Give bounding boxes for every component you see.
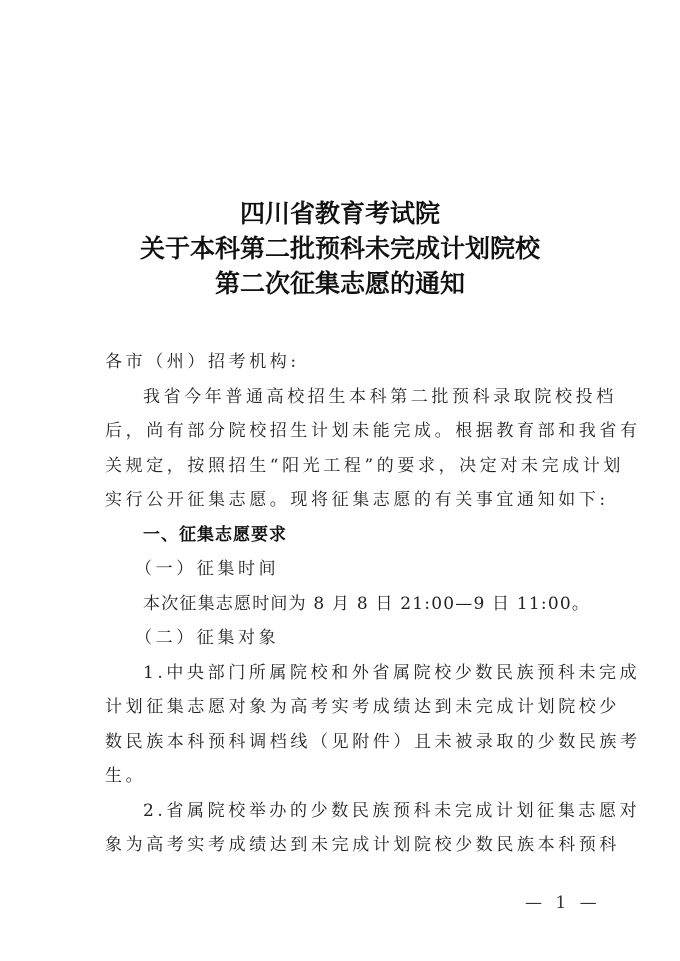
item1-line-4: 生。 (105, 759, 585, 794)
item1-line-1: 1.中央部门所属院校和外省属院校少数民族预科未完成 (105, 656, 585, 691)
title-line-3: 第二次征集志愿的通知 (0, 266, 680, 301)
intro-line-3: 关规定，按照招生“阳光工程”的要求，决定对未完成计划 (105, 449, 585, 484)
document-body: 各市（州）招考机构: 我省今年普通高校招生本科第二批预科录取院校投档 后，尚有部… (105, 345, 585, 863)
intro-line-4: 实行公开征集志愿。现将征集志愿的有关事宜通知如下: (105, 483, 585, 518)
section-heading-1: 一、征集志愿要求 (105, 518, 585, 553)
document-title: 四川省教育考试院 关于本科第二批预科未完成计划院校 第二次征集志愿的通知 (0, 196, 680, 301)
title-line-1: 四川省教育考试院 (0, 196, 680, 231)
intro-line-2: 后，尚有部分院校招生计划未能完成。根据教育部和我省有 (105, 414, 585, 449)
item2-line-2: 象为高考实考成绩达到未完成计划院校少数民族本科预科 (105, 828, 585, 863)
item2-line-1: 2.省属院校举办的少数民族预科未完成计划征集志愿对 (105, 794, 585, 829)
collection-time-text: 本次征集志愿时间为 8 月 8 日 21:00—9 日 11:00。 (105, 587, 585, 622)
salutation: 各市（州）招考机构: (105, 345, 585, 380)
subsection-heading-target: （二）征集对象 (105, 621, 585, 656)
page-number: — 1 — (525, 893, 601, 913)
item1-line-3: 数民族本科预科调档线（见附件）且未被录取的少数民族考 (105, 725, 585, 760)
title-line-2: 关于本科第二批预科未完成计划院校 (0, 231, 680, 266)
intro-line-1: 我省今年普通高校招生本科第二批预科录取院校投档 (105, 380, 585, 415)
item1-line-2: 计划征集志愿对象为高考实考成绩达到未完成计划院校少 (105, 690, 585, 725)
subsection-heading-time: （一）征集时间 (105, 552, 585, 587)
